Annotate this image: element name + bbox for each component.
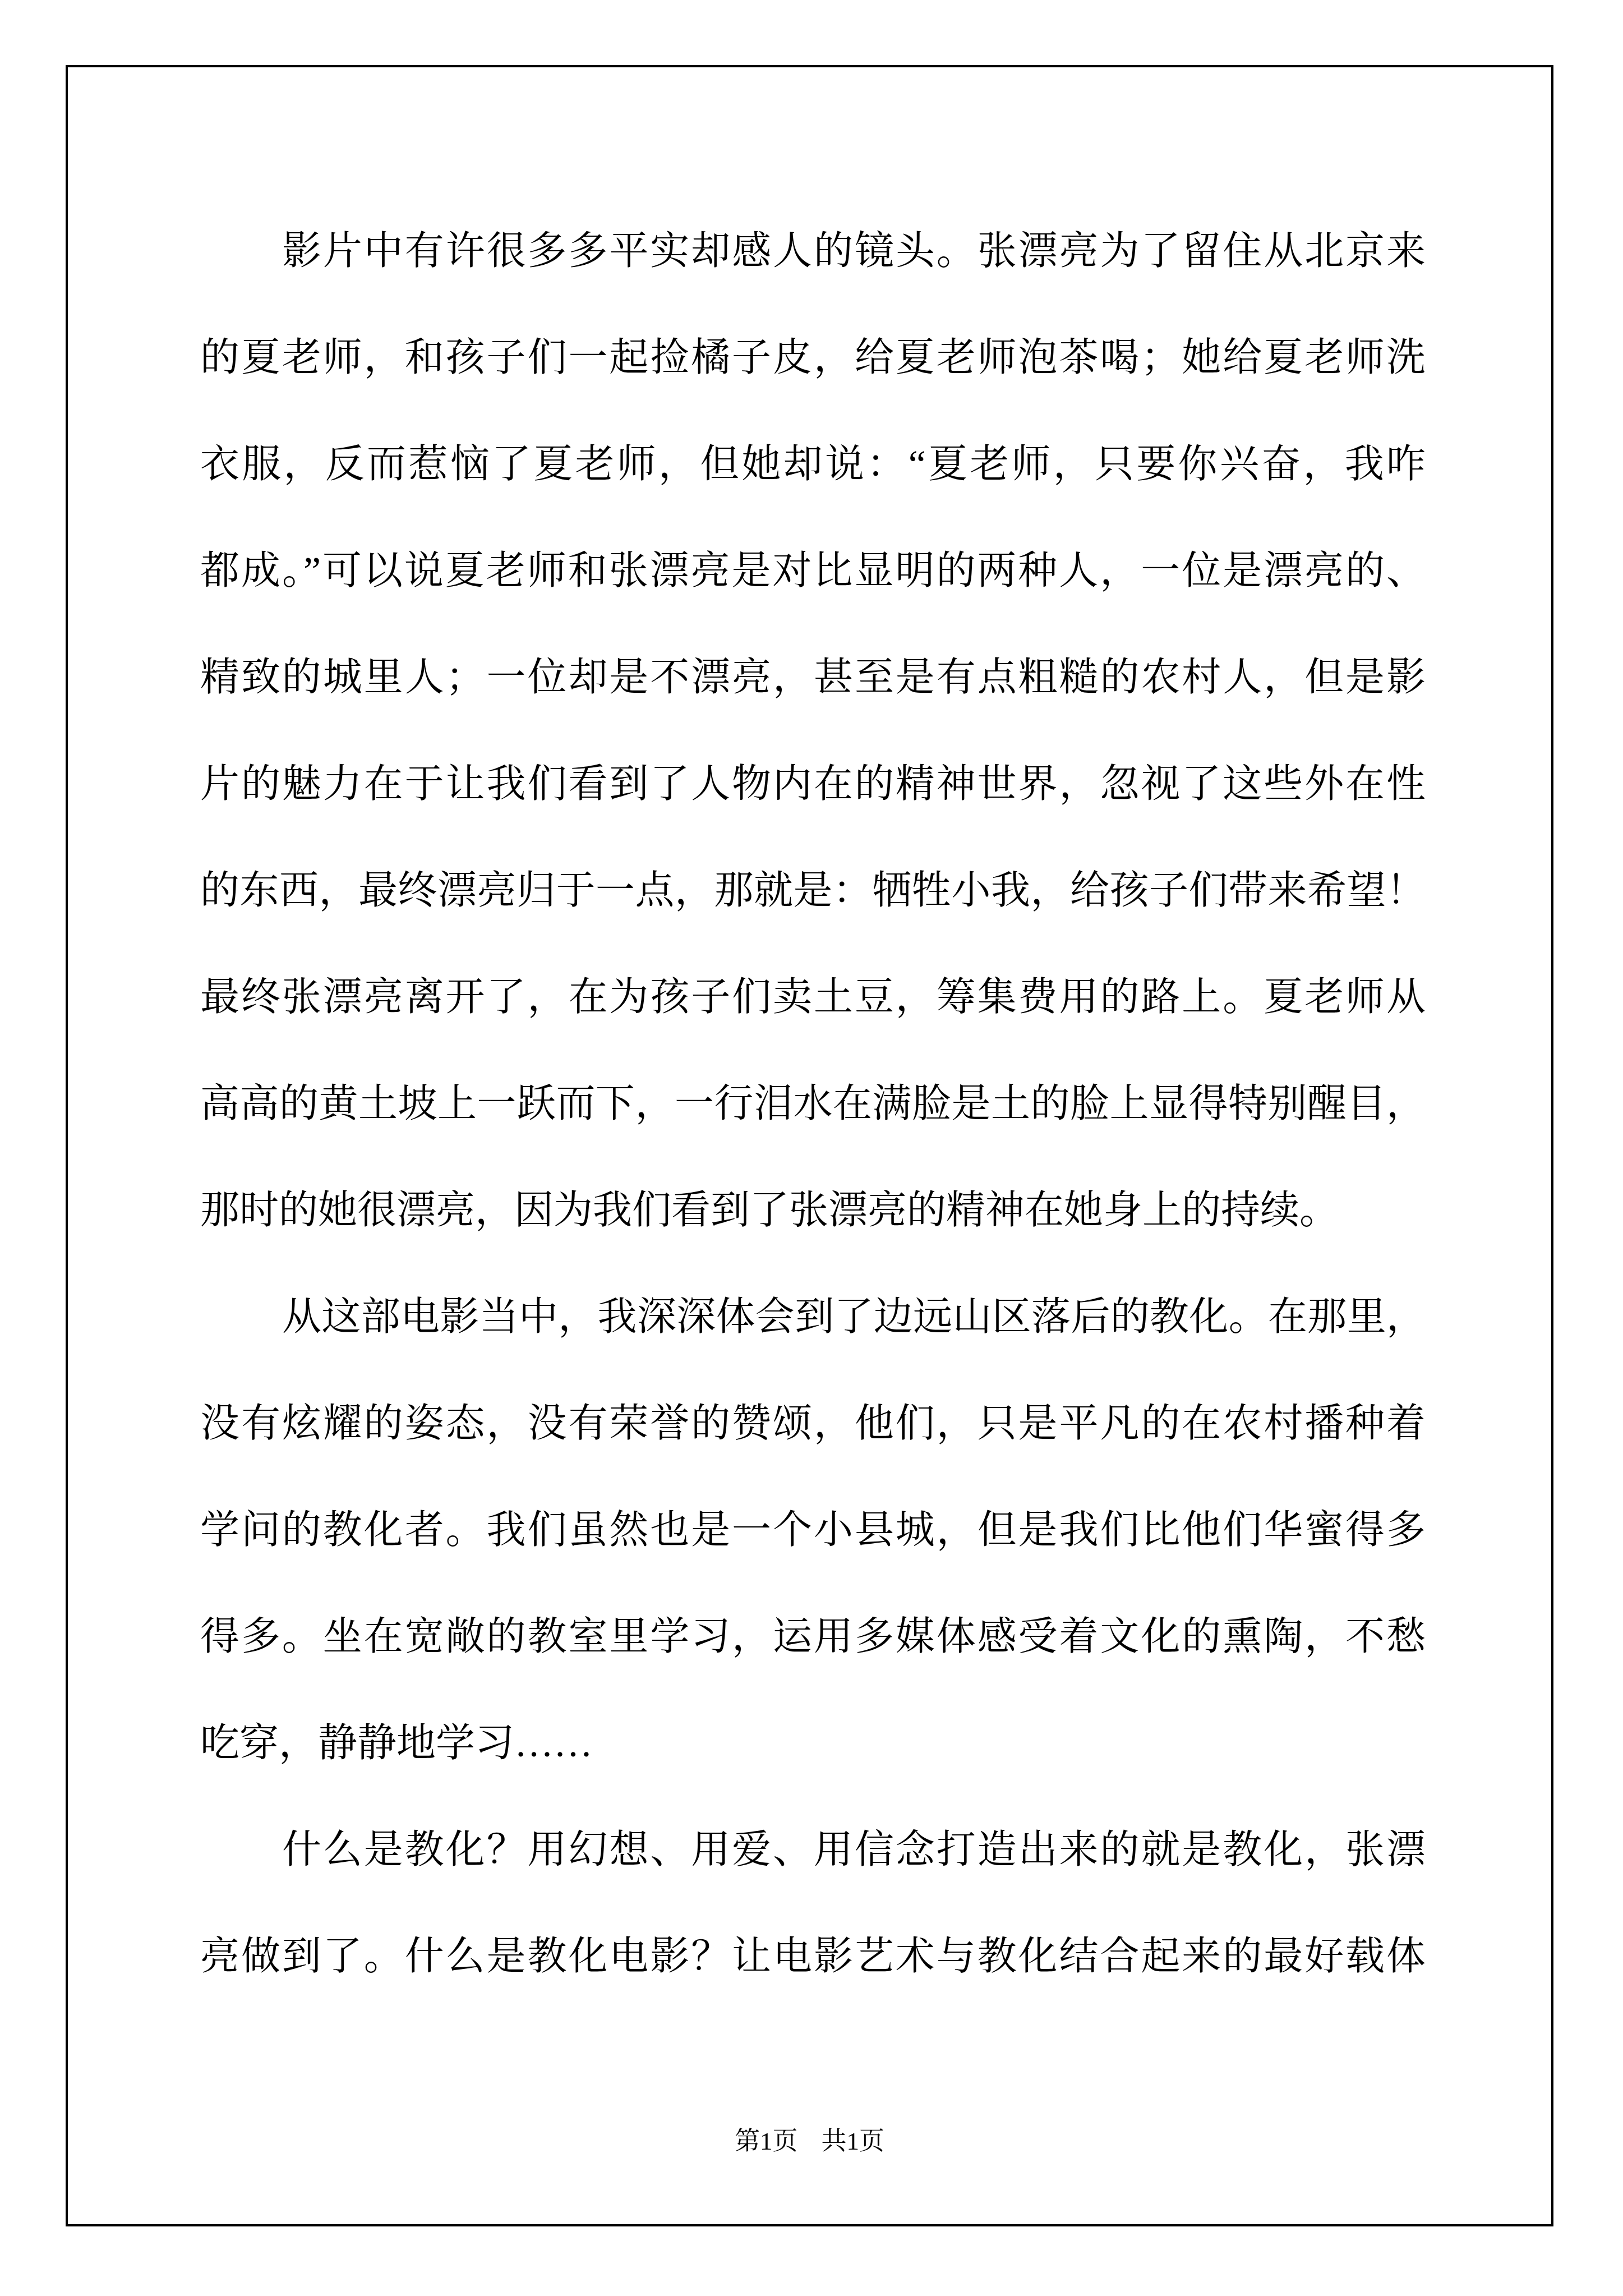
text-line: 得多。坐在宽敞的教室里学习，运用多媒体感受着文化的熏陶，不愁 — [200, 1584, 1426, 1691]
page-number-label: 第1页 — [735, 2122, 798, 2161]
text-line: 的夏老师，和孩子们一起捡橘子皮，给夏老师泡茶喝；她给夏老师洗 — [200, 305, 1426, 412]
text-line: 从这部电影当中，我深深体会到了边远山区落后的教化。在那里， — [200, 1264, 1426, 1371]
text-line: 没有炫耀的姿态，没有荣誉的赞颂，他们，只是平凡的在农村播种着 — [200, 1371, 1426, 1478]
page-total-label: 共1页 — [822, 2122, 885, 2161]
text-line: 衣服，反而惹恼了夏老师，但她却说：“夏老师，只要你兴奋，我咋 — [200, 412, 1426, 518]
text-line: 都成。”可以说夏老师和张漂亮是对比显明的两种人，一位是漂亮的、 — [200, 518, 1426, 625]
text-line: 片的魅力在于让我们看到了人物内在的精神世界，忽视了这些外在性 — [200, 731, 1426, 838]
text-line: 精致的城里人；一位却是不漂亮，甚至是有点粗糙的农村人，但是影 — [200, 625, 1426, 731]
text-line: 学问的教化者。我们虽然也是一个小县城，但是我们比他们华蜜得多 — [200, 1478, 1426, 1584]
text-line: 高高的黄土坡上一跃而下，一行泪水在满脸是土的脸上显得特别醒目， — [200, 1051, 1426, 1158]
text-line: 那时的她很漂亮，因为我们看到了张漂亮的精神在她身上的持续。 — [200, 1158, 1426, 1264]
page-border-frame: 影片中有许很多多平实却感人的镜头。张漂亮为了留住从北京来 的夏老师，和孩子们一起… — [66, 65, 1553, 2226]
text-line: 吃穿，静静地学习…… — [200, 1691, 1426, 1797]
text-line: 什么是教化？用幻想、用爱、用信念打造出来的就是教化，张漂 — [200, 1797, 1426, 1904]
document-body: 影片中有许很多多平实却感人的镜头。张漂亮为了留住从北京来 的夏老师，和孩子们一起… — [200, 199, 1426, 2010]
text-line: 影片中有许很多多平实却感人的镜头。张漂亮为了留住从北京来 — [200, 199, 1426, 305]
text-line: 最终张漂亮离开了，在为孩子们卖土豆，筹集费用的路上。夏老师从 — [200, 945, 1426, 1051]
text-line: 亮做到了。什么是教化电影？让电影艺术与教化结合起来的最好载体 — [200, 1904, 1426, 2010]
page-footer: 第1页共1页 — [68, 2122, 1551, 2161]
text-line: 的东西，最终漂亮归于一点，那就是：牺牲小我，给孩子们带来希望！ — [200, 838, 1426, 945]
